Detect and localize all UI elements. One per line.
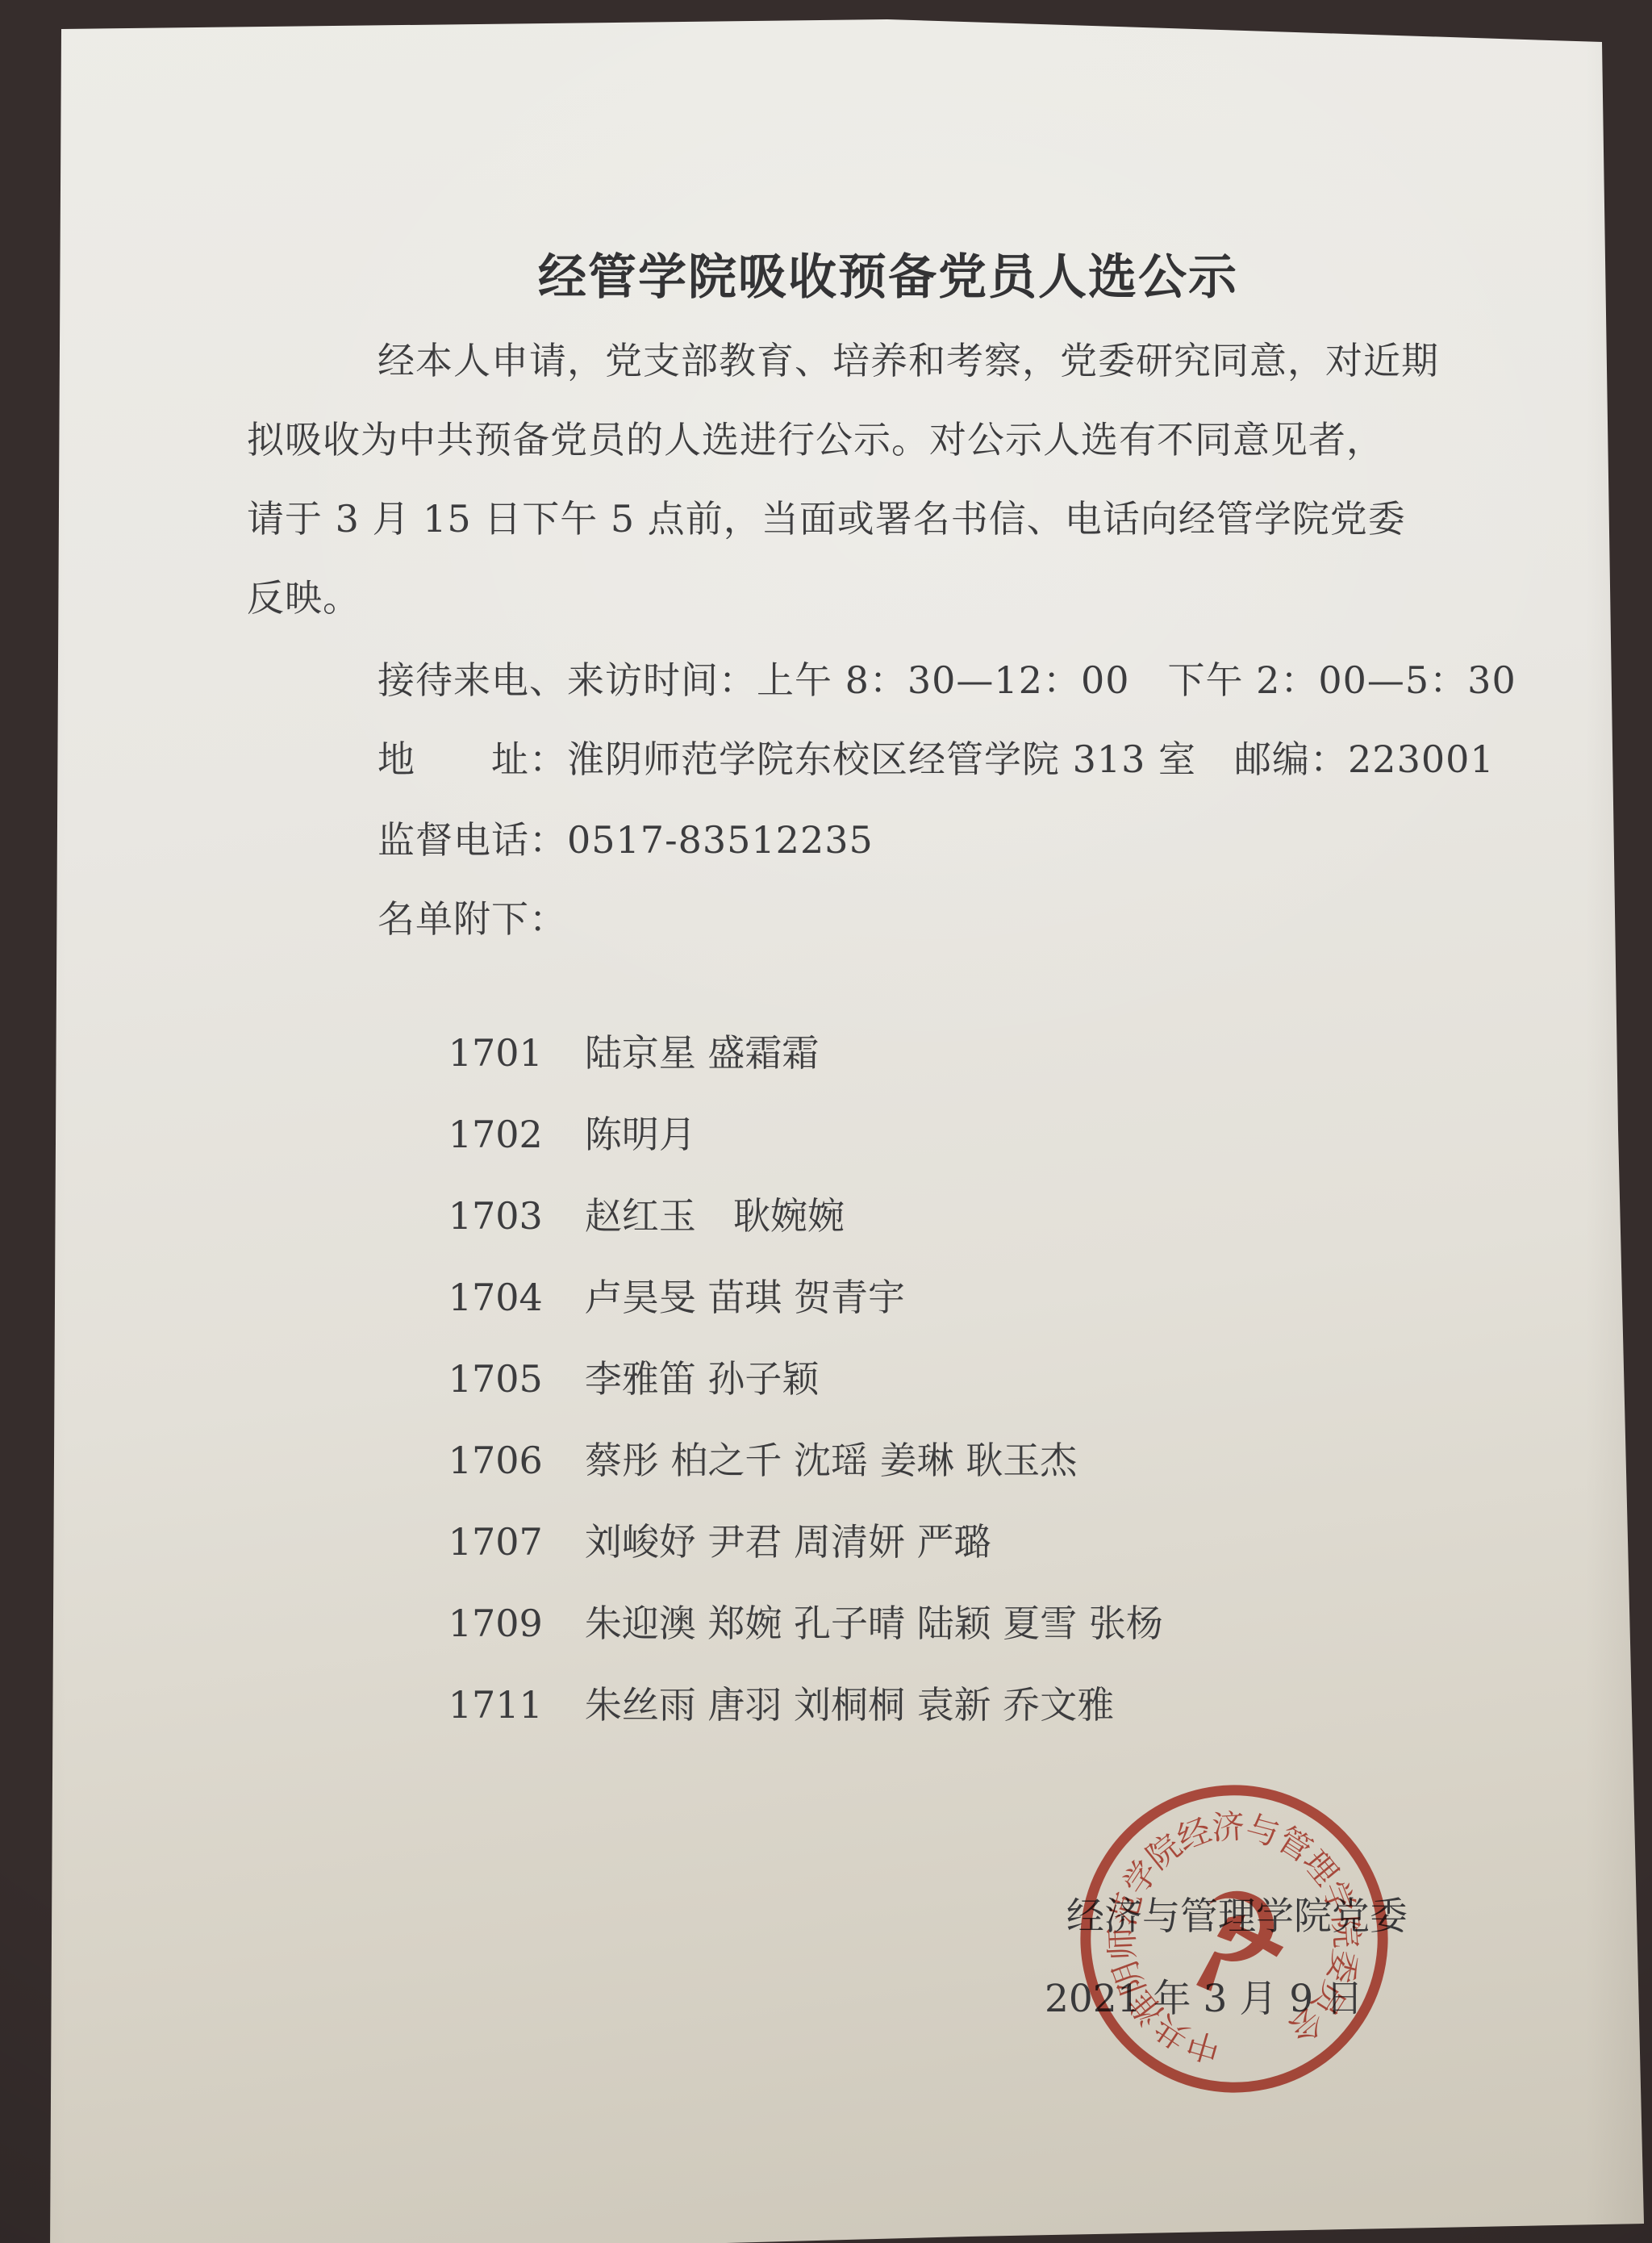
document-content: 经管学院吸收预备党员人选公示 经本人申请，党支部教育、培养和考察，党委研究同意，… [0, 0, 1652, 2243]
paragraph-line: 请于 3 月 15 日下午 5 点前，当面或署名书信、电话向经管学院党委 [247, 495, 1406, 542]
contact-hours: 接待来电、来访时间：上午 8：30—12：00 下午 2：00—5：30 [378, 657, 1516, 704]
seal-ring-char: 济 [1211, 1807, 1245, 1847]
paragraph-line: 拟吸收为中共预备党员的人选进行公示。对公示人选有不同意见者， [247, 416, 1384, 463]
seal-ring-char: 师 [1103, 1927, 1143, 1961]
contact-phone: 监督电话：0517-83512235 [378, 817, 874, 863]
hammer-and-sickle-icon: ☭ [1163, 1857, 1306, 2026]
paragraph-line: 反映。 [247, 574, 361, 621]
list-intro: 名单附下： [378, 896, 567, 942]
member-names: 朱丝雨 唐羽 刘桐桐 袁新 乔文雅 [585, 1683, 1115, 1727]
class-number: 1711 [448, 1683, 543, 1727]
roster-row: 1711朱丝雨 唐羽 刘桐桐 袁新 乔文雅 [378, 1632, 1114, 1773]
contact-address: 地 址：淮阴师范学院东校区经管学院 313 室 邮编：223001 [378, 736, 1495, 783]
paragraph-line: 经本人申请，党支部教育、培养和考察，党委研究同意，对近期 [378, 337, 1439, 384]
seal-ring-char: 院 [1325, 1914, 1366, 1949]
document-title: 经管学院吸收预备党员人选公示 [247, 239, 1529, 308]
official-seal: 中共淮阴师范学院经济与管理学院委员会 ☭ [1045, 1749, 1424, 2128]
photo-background: 经管学院吸收预备党员人选公示 经本人申请，党支部教育、培养和考察，党委研究同意，… [0, 0, 1652, 2243]
